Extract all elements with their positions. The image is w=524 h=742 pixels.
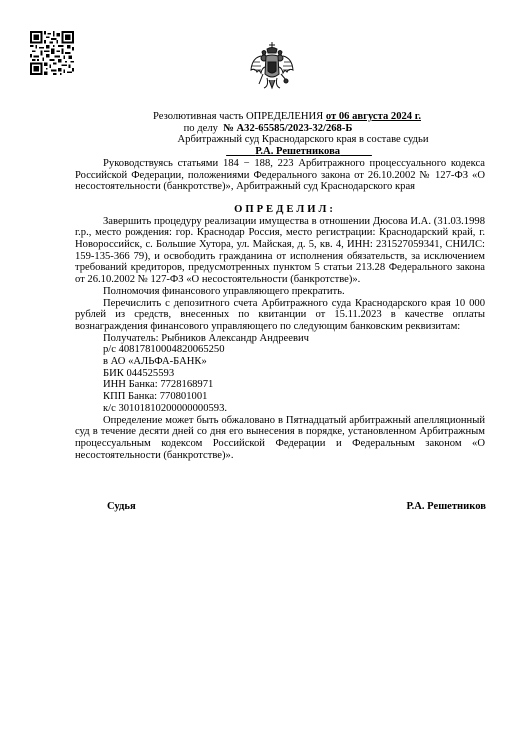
bank-account: р/с 40817810004820065250 [75, 344, 485, 356]
bank-bik: БИК 044525593 [75, 368, 485, 380]
court-composition: Арбитражный суд Краснодарского края в со… [121, 134, 485, 146]
appeal-notice: Определение может быть обжаловано в Пятн… [75, 415, 485, 462]
bank-inn: ИНН Банка: 7728168971 [75, 379, 485, 391]
signature-label: Судья [107, 501, 136, 512]
judge-name: Р.А. Решетникова [255, 146, 340, 157]
signature-block: Судья Р.А. Решетников [107, 501, 486, 512]
ruling-heading: Резолютивная часть ОПРЕДЕЛЕНИЯ от 06 авг… [89, 111, 485, 123]
preamble: Руководствуясь статьями 184 − 188, 223 А… [75, 158, 485, 193]
paragraph-complete-procedure: Завершить процедуру реализации имущества… [75, 216, 485, 286]
case-number: № А32-65585/2023-32/268-Б [223, 123, 352, 134]
ruling-date: от 06 августа 2024 г. [326, 111, 421, 122]
court-ruling-document: Резолютивная часть ОПРЕДЕЛЕНИЯ от 06 авг… [75, 111, 485, 461]
bank-recipient: Получатель: Рыбников Александр Андреевич [75, 333, 485, 345]
bank-corr-account: к/с 30101810200000000593. [75, 403, 485, 415]
coat-of-arms-icon [249, 40, 295, 90]
qr-code-icon [30, 31, 74, 75]
case-number-line: по делу № А32-65585/2023-32/268-Б [51, 123, 485, 135]
paragraph-transfer-funds: Перечислить с депозитного счета Арбитраж… [75, 298, 485, 333]
judge-name-line: Р.А. Решетникова [113, 146, 485, 158]
ruling-title: ОПРЕДЕЛИЛ: [75, 204, 485, 216]
signature-name: Р.А. Решетников [406, 501, 486, 512]
bank-name: в АО «АЛЬФА-БАНК» [75, 356, 485, 368]
bank-details: Получатель: Рыбников Александр Андреевич… [75, 333, 485, 415]
bank-kpp: КПП Банка: 770801001 [75, 391, 485, 403]
paragraph-terminate-powers: Полномочия финансового управляющего прек… [75, 286, 485, 298]
